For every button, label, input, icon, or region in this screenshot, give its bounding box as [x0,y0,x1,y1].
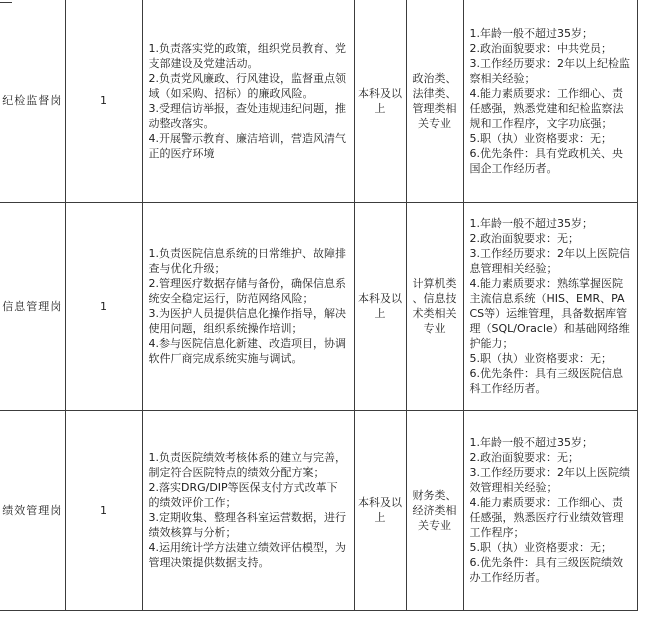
position-name-cell: 纪检监督岗 [0,0,65,202]
education-cell: 本科及以上 [354,202,406,410]
table-row-information-management: 信息管理岗 1 1.负责医院信息系统的日常维护、故障排查与优化升级； 2.管理医… [0,202,637,410]
duties-cell: 1.负责落实党的政策，组织党员教育、党支部建设及党建活动。 2.负责党风廉政、行… [142,0,354,202]
education-cell: 本科及以上 [354,410,406,610]
headcount-cell: 1 [65,0,142,202]
major-cell: 政治类、法律类、管理类相关专业 [406,0,463,202]
requirements-cell: 1.年龄一般不超过35岁； 2.政治面貌要求：无； 3.工作经历要求：2年以上医… [463,202,637,410]
position-name-cell: 信息管理岗 [0,202,65,410]
table-row-performance-management: 绩效管理岗 1 1.负责医院绩效考核体系的建立与完善，制定符合医院特点的绩效分配… [0,410,637,610]
headcount-cell: 1 [65,410,142,610]
duties-cell: 1.负责医院信息系统的日常维护、故障排查与优化升级； 2.管理医疗数据存储与备份… [142,202,354,410]
headcount-cell: 1 [65,202,142,410]
education-cell: 本科及以上 [354,0,406,202]
job-positions-table: 纪检监督岗 1 1.负责落实党的政策，组织党员教育、党支部建设及党建活动。 2.… [0,0,638,611]
requirements-cell: 1.年龄一般不超过35岁； 2.政治面貌要求：中共党员； 3.工作经历要求：2年… [463,0,637,202]
position-name-cell: 绩效管理岗 [0,410,65,610]
duties-cell: 1.负责医院绩效考核体系的建立与完善，制定符合医院特点的绩效分配方案； 2.落实… [142,410,354,610]
major-cell: 财务类、经济类相关专业 [406,410,463,610]
major-cell: 计算机类、信息技术类相关专业 [406,202,463,410]
requirements-cell: 1.年龄一般不超过35岁； 2.政治面貌要求：无； 3.工作经历要求：2年以上医… [463,410,637,610]
recruitment-table-page: 纪检监督岗 1 1.负责落实党的政策，组织党员教育、党支部建设及党建活动。 2.… [0,0,645,617]
table-row-discipline-inspection: 纪检监督岗 1 1.负责落实党的政策，组织党员教育、党支部建设及党建活动。 2.… [0,0,637,202]
